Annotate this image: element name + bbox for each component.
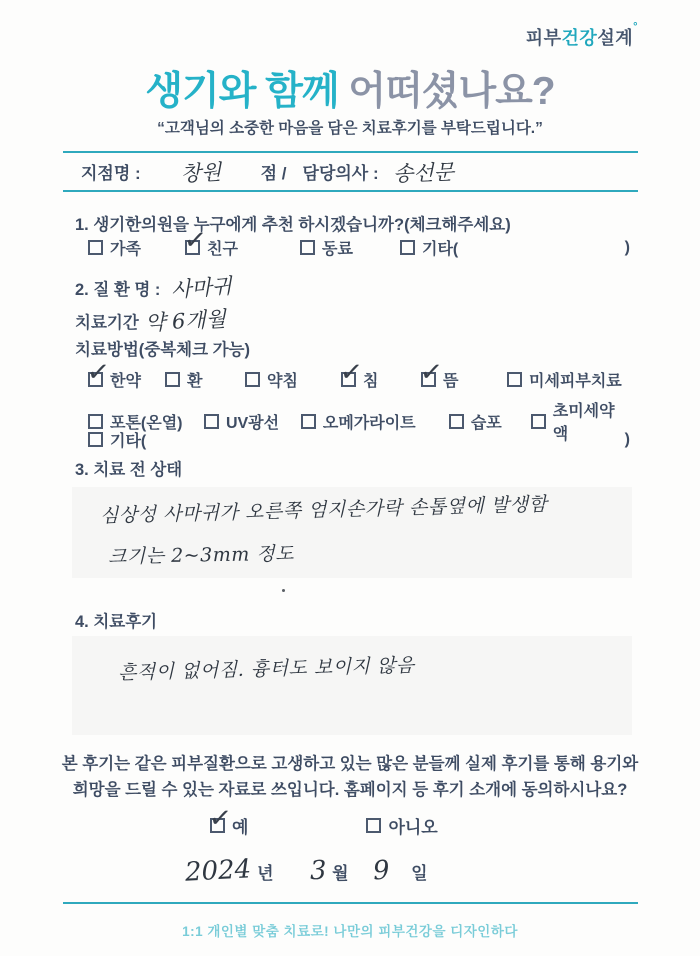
consent-line1: 본 후기는 같은 피부질환으로 고생하고 있는 많은 분들께 실제 후기를 통해… <box>0 752 700 778</box>
q2-period-label: 치료기간 약 6개월 <box>75 305 226 335</box>
checkbox-moxibustion[interactable]: 뜸 <box>421 368 507 391</box>
year-label: 년 <box>257 859 273 884</box>
checkbox-icon <box>507 372 522 387</box>
branch-suffix: 점 / <box>261 159 287 184</box>
branch-doctor-bar: 지점명 : 창원 점 / 담당의사 : 송선문 <box>63 151 638 192</box>
logo-prefix: 피부 <box>526 28 562 48</box>
logo-accent: 건강 <box>562 28 598 48</box>
checkbox-label: 예 <box>232 813 248 838</box>
checkbox-pharmacopuncture[interactable]: 약침 <box>245 368 341 391</box>
checkbox-acupuncture[interactable]: 침 <box>341 368 421 391</box>
disease-field[interactable]: 사마귀 <box>170 270 233 304</box>
checkbox-label: 약침 <box>267 368 298 391</box>
checkbox-icon <box>366 818 381 833</box>
date-day-field[interactable]: 9 <box>372 855 391 886</box>
checkbox-icon <box>531 414 546 429</box>
period-label: 치료기간 <box>75 314 139 332</box>
checkbox-icon <box>301 414 316 429</box>
checkbox-label: 뜸 <box>443 368 458 391</box>
checkbox-no[interactable]: 아니오 <box>366 813 437 838</box>
checkbox-icon <box>421 372 436 387</box>
period-field[interactable]: 약 6개월 <box>145 303 227 337</box>
branch-label: 지점명 : <box>81 159 141 184</box>
checkbox-icon <box>204 414 219 429</box>
q3-answer-area[interactable]: 심상성 사마귀가 오른쪽 엄지손가락 손톱옆에 발생함 크기는 2~3mm 정도 <box>72 487 632 578</box>
checkbox-icon <box>185 240 200 255</box>
q4-title: 4. 치료후기 <box>75 608 157 632</box>
checkbox-family[interactable]: 가족 <box>88 236 185 259</box>
check-mark-icon <box>183 226 208 255</box>
check-mark-icon <box>208 804 233 833</box>
q1-close-paren: ) <box>625 239 630 257</box>
check-mark-icon <box>339 358 364 387</box>
q4-answer-area[interactable]: 흔적이 없어짐. 흉터도 보이지 않음 <box>72 636 632 735</box>
checkbox-method-other[interactable]: 기타( <box>88 428 146 451</box>
checkbox-icon <box>245 372 260 387</box>
branch-name-field[interactable]: 창원 <box>140 153 261 189</box>
consent-line2: 희망을 드릴 수 있는 자료로 쓰입니다. 홈페이지 등 후기 소개에 동의하시… <box>0 778 700 804</box>
checkbox-icon <box>88 414 103 429</box>
checkbox-icon <box>88 372 103 387</box>
checkbox-label: 기타( <box>110 428 146 451</box>
checkbox-icon <box>165 372 180 387</box>
date-row: 2024 년 3 월 9 일 <box>185 856 442 886</box>
brand-logo: 피부건강설계° <box>526 24 638 50</box>
q3-handwritten-line1: 심상성 사마귀가 오른쪽 엄지손가락 손톱옆에 발생함 <box>100 487 633 528</box>
checkbox-icon <box>400 240 415 255</box>
q3-title: 3. 치료 전 상태 <box>75 456 182 480</box>
page-title-accent: 생기와 함께 <box>145 70 338 113</box>
day-label: 일 <box>411 859 427 884</box>
bottom-divider <box>63 902 638 904</box>
checkbox-friend[interactable]: 친구 <box>185 236 300 259</box>
checkbox-label: 환 <box>187 368 202 391</box>
checkbox-micro-skin-treatment[interactable]: 미세피부치료 <box>507 368 622 391</box>
checkbox-label: 침 <box>363 368 378 391</box>
checkbox-icon <box>88 240 103 255</box>
q4-handwritten-line1: 흔적이 없어짐. 흉터도 보이지 않음 <box>118 645 633 685</box>
checkbox-label: 한약 <box>110 368 141 391</box>
review-form-page: 피부건강설계° 생기와 함께 어떠셨나요? “고객님의 소중한 마음을 담은 치… <box>0 0 700 956</box>
date-month-field[interactable]: 3 <box>309 856 327 887</box>
q1-options-row: 가족 친구 동료 기타( ) <box>88 236 630 259</box>
checkbox-icon <box>210 818 225 833</box>
checkbox-colleague[interactable]: 동료 <box>300 236 400 259</box>
disease-label: 2. 질 환 명 : <box>75 281 160 299</box>
doctor-name-field[interactable]: 송선문 <box>392 155 454 187</box>
q3-handwritten-line2: 크기는 2~3mm 정도 <box>108 533 632 569</box>
checkbox-yes[interactable]: 예 <box>210 813 248 838</box>
date-year-field[interactable]: 2024 <box>184 854 252 887</box>
q2-methods-row3: 기타( ) <box>88 428 630 451</box>
q2-close-paren: ) <box>625 431 630 449</box>
page-title-rest: 어떠셨나요? <box>339 70 555 113</box>
checkbox-label: 가족 <box>110 236 141 259</box>
checkbox-label: 아니오 <box>388 813 437 838</box>
checkbox-icon <box>300 240 315 255</box>
q2-disease-label: 2. 질 환 명 : 사마귀 <box>75 272 232 302</box>
page-subtitle: “고객님의 소중한 마음을 담은 치료후기를 부탁드립니다.” <box>0 116 700 138</box>
q2-methods-row1: 한약 환 약침 침 뜸 미세피부치료 <box>88 368 630 391</box>
q1-title: 1. 생기한의원을 누구에게 추천 하시겠습니까?(체크해주세요) <box>75 211 511 235</box>
checkbox-icon <box>341 372 356 387</box>
check-mark-icon <box>419 358 444 387</box>
footer-slogan: 1:1 개인별 맞춤 치료로! 나만의 피부건강을 디자인하다 <box>0 920 700 940</box>
logo-suffix: 설계 <box>597 28 633 48</box>
checkbox-label: 기타( <box>422 236 458 259</box>
checkbox-other[interactable]: 기타( <box>400 236 458 259</box>
page-title: 생기와 함께 어떠셨나요? <box>0 60 700 116</box>
month-label: 월 <box>332 859 348 884</box>
checkbox-herbal-medicine[interactable]: 한약 <box>88 368 165 391</box>
doctor-label: 담당의사 : <box>303 159 379 184</box>
checkbox-icon <box>449 414 464 429</box>
consent-text: 본 후기는 같은 피부질환으로 고생하고 있는 많은 분들께 실제 후기를 통해… <box>0 752 700 803</box>
check-mark-icon <box>86 358 111 387</box>
checkbox-label: 동료 <box>322 236 353 259</box>
checkbox-pill[interactable]: 환 <box>165 368 245 391</box>
checkbox-icon <box>88 432 103 447</box>
stray-pen-dot <box>282 589 285 592</box>
checkbox-label: 친구 <box>207 236 238 259</box>
checkbox-label: 미세피부치료 <box>529 368 622 391</box>
logo-degree-mark: ° <box>633 21 638 33</box>
consent-options: 예 아니오 <box>210 813 438 838</box>
